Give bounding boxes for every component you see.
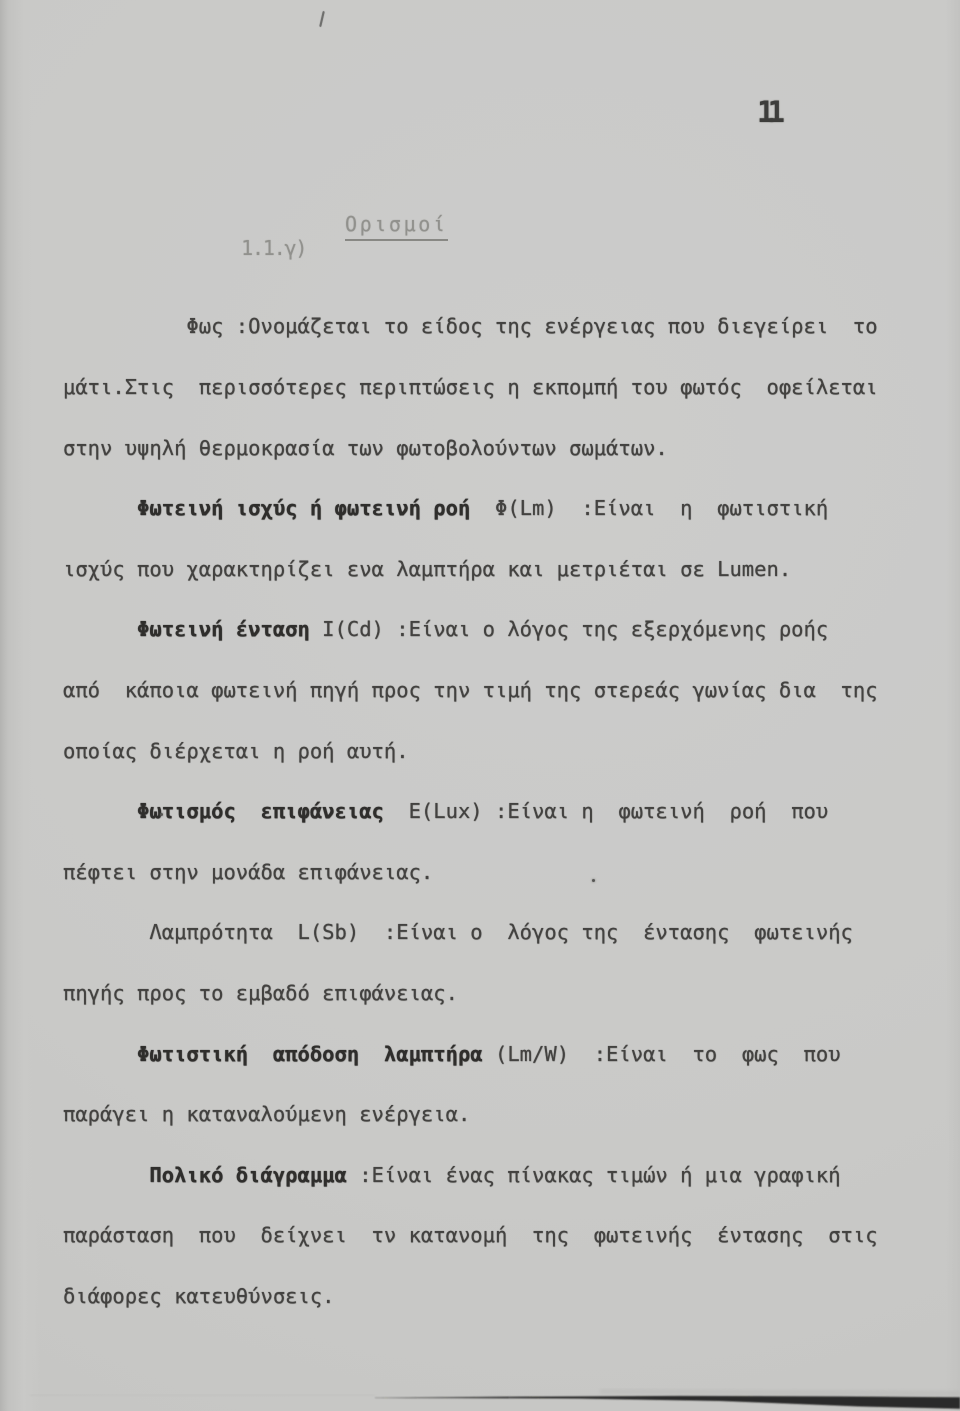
definition-term: Φωτεινή ισχύς ή φωτεινή ροή <box>63 496 470 520</box>
definition-term: Πολικό διάγραμμα <box>63 1163 347 1187</box>
text-line: Φωτιστική απόδοση λαμπτήρα (Lm/W) :Είναι… <box>63 1044 940 1064</box>
line-text: E(Lux) :Είναι η φωτεινή ροή που <box>384 799 828 823</box>
text-line: Φωτεινή ένταση I(Cd) :Είναι ο λόγος της … <box>63 619 940 639</box>
line-text: ισχύς που χαρακτηρίζει ενα λαμπτήρα και … <box>63 557 791 581</box>
scan-speck <box>592 879 595 882</box>
line-text: πέφτει στην μονάδα επιφάνειας. <box>63 860 433 884</box>
page-bottom-edge-shadow <box>0 1380 960 1411</box>
line-text: πηγής προς το εμβαδό επιφάνειας. <box>63 981 458 1005</box>
text-line: στην υψηλή θερμοκρασία των φωτοβολούντων… <box>63 438 940 458</box>
line-text: παράγει η καταναλούμενη ενέργεια. <box>63 1102 470 1126</box>
line-text: παράσταση που δείχνει τν κατανομή της φω… <box>63 1223 878 1247</box>
definition-term: Φωτεινή ένταση <box>63 617 310 641</box>
line-text: :Είναι ένας πίνακας τιμών ή μια γραφική <box>347 1163 841 1187</box>
page-number: 11 <box>757 95 778 129</box>
text-line: διάφορες κατευθύνσεις. <box>63 1286 940 1306</box>
scanned-page: 11 1.1.γ) Ορισμοί Φως :Ονομάζεται το είδ… <box>0 0 960 1411</box>
scan-speck <box>160 813 163 816</box>
text-line: από κάποια φωτεινή πηγή προς την τιμή τη… <box>63 680 940 700</box>
text-line: πέφτει στην μονάδα επιφάνειας. <box>63 862 940 882</box>
text-line: Φωτεινή ισχύς ή φωτεινή ροή Φ(Lm) :Είναι… <box>63 498 940 518</box>
line-text: (Lm/W) :Είναι το φως που <box>483 1042 841 1066</box>
line-text: Φ(Lm) :Είναι η φωτιστική <box>470 496 828 520</box>
text-line: Φως :Ονομάζεται το είδος της ενέργειας π… <box>63 316 940 336</box>
line-text: από κάποια φωτεινή πηγή προς την τιμή τη… <box>63 678 878 702</box>
line-text: Φως :Ονομάζεται το είδος της ενέργειας π… <box>63 314 878 338</box>
line-text: Λαμπρότητα L(Sb) :Είναι ο λόγος της έντα… <box>63 920 853 944</box>
text-line: Πολικό διάγραμμα :Είναι ένας πίνακας τιμ… <box>63 1165 940 1185</box>
text-line: Φωτισμός επιφάνειας E(Lux) :Είναι η φωτε… <box>63 801 940 821</box>
text-line: παράσταση που δείχνει τν κατανομή της φω… <box>63 1225 940 1245</box>
text-line: οποίας διέρχεται η ροή αυτή. <box>63 741 940 761</box>
line-text: I(Cd) :Είναι ο λόγος της εξερχόμενης ροή… <box>310 617 828 641</box>
scan-artifact-slash <box>319 11 325 27</box>
text-line: παράγει η καταναλούμενη ενέργεια. <box>63 1104 940 1124</box>
text-line: πηγής προς το εμβαδό επιφάνειας. <box>63 983 940 1003</box>
body-text: Φως :Ονομάζεται το είδος της ενέργειας π… <box>63 276 940 1347</box>
section-title: Ορισμοί <box>345 212 448 241</box>
text-line: μάτι.Στις περισσότερες περιπτώσεις η εκπ… <box>63 377 940 397</box>
line-text: οποίας διέρχεται η ροή αυτή. <box>63 739 409 763</box>
text-line: ισχύς που χαρακτηρίζει ενα λαμπτήρα και … <box>63 559 940 579</box>
text-line: Λαμπρότητα L(Sb) :Είναι ο λόγος της έντα… <box>63 922 940 942</box>
line-text: διάφορες κατευθύνσεις. <box>63 1284 335 1308</box>
line-text: στην υψηλή θερμοκρασία των φωτοβολούντων… <box>63 436 668 460</box>
line-text: μάτι.Στις περισσότερες περιπτώσεις η εκπ… <box>63 375 878 399</box>
definition-term: Φωτισμός επιφάνειας <box>63 799 384 823</box>
section-number: 1.1.γ) <box>241 236 306 260</box>
definition-term: Φωτιστική απόδοση λαμπτήρα <box>63 1042 483 1066</box>
